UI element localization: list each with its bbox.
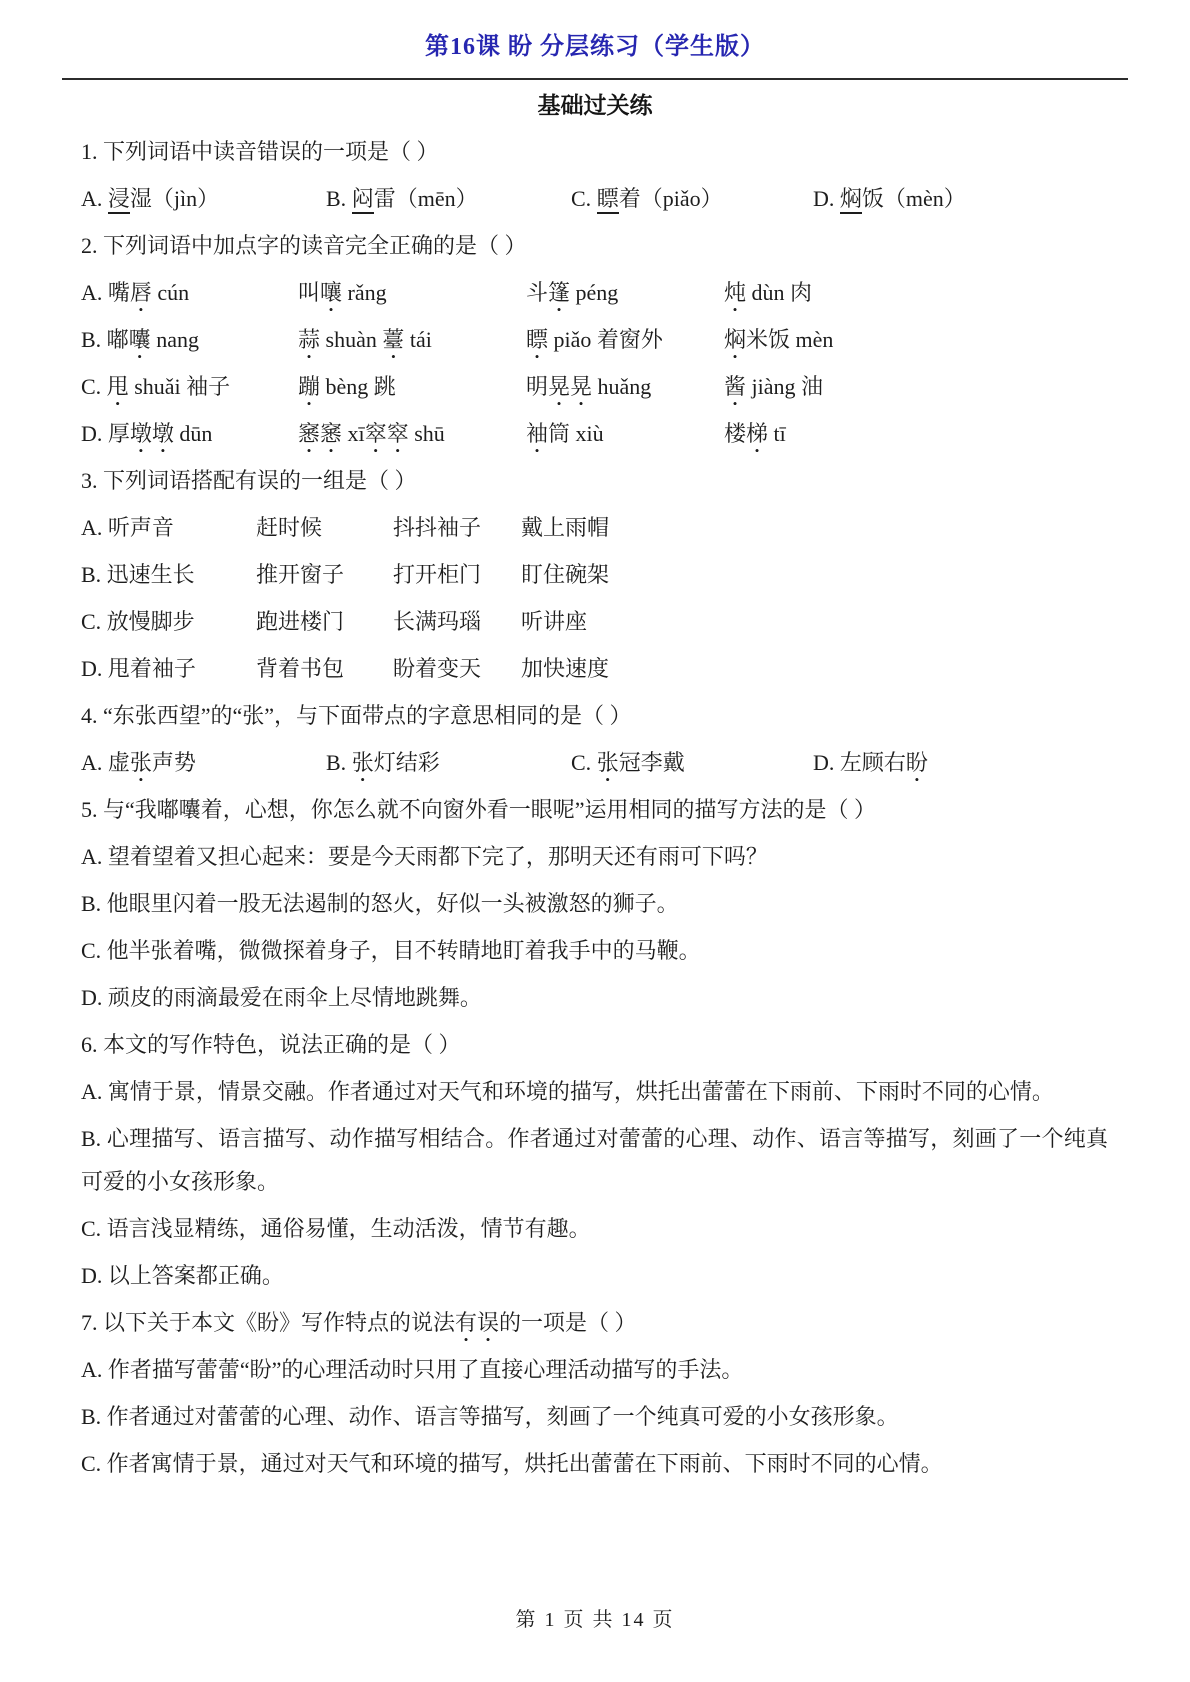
option-cell: C. 放慢脚步: [81, 600, 256, 643]
q1-option-a: A. 浸湿（jìn）: [81, 177, 326, 220]
question-7-stem: 7. 以下关于本文《盼》写作特点的说法有误的一项是（ ）: [81, 1301, 1108, 1344]
option-cell: 加快速度: [521, 647, 1108, 690]
q4-option-a: A. 虚张声势: [81, 741, 326, 784]
option-cell: 赶时候: [256, 506, 393, 549]
option-cell: 长满玛瑙: [393, 600, 521, 643]
option-cell: 袖筒 xiù: [526, 412, 724, 455]
option-cell: 背着书包: [256, 647, 393, 690]
q2-option-a: A. 嘴唇 cún 叫嚷 rǎng 斗篷 péng 炖 dùn 肉: [81, 271, 1108, 314]
q4-option-c: C. 张冠李戴: [571, 741, 813, 784]
question-1-stem: 1. 下列词语中读音错误的一项是（ ）: [81, 130, 1108, 173]
q1-option-c: C. 瞟着（piǎo）: [571, 177, 813, 220]
q7-option-a: A. 作者描写蕾蕾“盼”的心理活动时只用了直接心理活动描写的手法。: [81, 1348, 1108, 1391]
option-cell: D. 厚墩墩 dūn: [81, 412, 298, 455]
option-cell: D. 甩着袖子: [81, 647, 256, 690]
option-cell: 戴上雨帽: [521, 506, 1108, 549]
q6-option-b: B. 心理描写、语言描写、动作描写相结合。作者通过对蕾蕾的心理、动作、语言等描写…: [81, 1117, 1108, 1203]
option-cell: 打开柜门: [393, 553, 521, 596]
q6-option-a: A. 寓情于景，情景交融。作者通过对天气和环境的描写，烘托出蕾蕾在下雨前、下雨时…: [81, 1070, 1108, 1113]
q7-option-c: C. 作者寓情于景，通过对天气和环境的描写，烘托出蕾蕾在下雨前、下雨时不同的心情…: [81, 1442, 1108, 1485]
q1-option-b: B. 闷雷（mēn）: [326, 177, 571, 220]
section-heading: 基础过关练: [0, 84, 1190, 128]
option-cell: 盼着变天: [393, 647, 521, 690]
q6-option-c: C. 语言浅显精练，通俗易懂，生动活泼，情节有趣。: [81, 1207, 1108, 1250]
question-4-options: A. 虚张声势 B. 张灯结彩 C. 张冠李戴 D. 左顾右盼: [81, 741, 1108, 784]
title-divider: [62, 78, 1128, 80]
option-cell: 盯住碗架: [521, 553, 1108, 596]
option-cell: 楼梯 tī: [724, 412, 1108, 455]
question-1-options: A. 浸湿（jìn） B. 闷雷（mēn） C. 瞟着（piǎo） D. 焖饭（…: [81, 177, 1108, 220]
option-cell: 焖米饭 mèn: [724, 318, 1108, 361]
q5-option-b: B. 他眼里闪着一股无法遏制的怒火，好似一头被激怒的狮子。: [81, 882, 1108, 925]
option-cell: 推开窗子: [256, 553, 393, 596]
q3-option-d: D. 甩着袖子 背着书包 盼着变天 加快速度: [81, 647, 1108, 690]
worksheet-page: 第16课 盼 分层练习（学生版） 基础过关练 1. 下列词语中读音错误的一项是（…: [0, 0, 1190, 1682]
option-cell: 跑进楼门: [256, 600, 393, 643]
option-cell: 叫嚷 rǎng: [298, 271, 526, 314]
question-6-stem: 6. 本文的写作特色，说法正确的是（ ）: [81, 1023, 1108, 1066]
option-cell: 听讲座: [521, 600, 1108, 643]
option-cell: 瞟 piǎo 着窗外: [526, 318, 724, 361]
question-2-stem: 2. 下列词语中加点字的读音完全正确的是（ ）: [81, 224, 1108, 267]
question-5-stem: 5. 与“我嘟囔着，心想，你怎么就不向窗外看一眼呢”运用相同的描写方法的是（ ）: [81, 788, 1108, 831]
option-cell: 窸窸 xī窣窣 shū: [298, 412, 526, 455]
option-cell: B. 迅速生长: [81, 553, 256, 596]
option-cell: 酱 jiàng 油: [724, 365, 1108, 408]
q2-option-d: D. 厚墩墩 dūn 窸窸 xī窣窣 shū 袖筒 xiù 楼梯 tī: [81, 412, 1108, 455]
q7-option-b: B. 作者通过对蕾蕾的心理、动作、语言等描写，刻画了一个纯真可爱的小女孩形象。: [81, 1395, 1108, 1438]
q1-option-d: D. 焖饭（mèn）: [813, 177, 1108, 220]
option-cell: B. 嘟囔 nang: [81, 318, 298, 361]
questions-area: 1. 下列词语中读音错误的一项是（ ） A. 浸湿（jìn） B. 闷雷（mēn…: [0, 128, 1190, 1485]
option-cell: A. 听声音: [81, 506, 256, 549]
page-footer: 第 1 页 共 14 页: [0, 1599, 1190, 1642]
option-cell: 炖 dùn 肉: [724, 271, 1108, 314]
q5-option-a: A. 望着望着又担心起来：要是今天雨都下完了，那明天还有雨可下吗？: [81, 835, 1108, 878]
q2-option-b: B. 嘟囔 nang 蒜 shuàn 薹 tái 瞟 piǎo 着窗外 焖米饭 …: [81, 318, 1108, 361]
q5-option-c: C. 他半张着嘴，微微探着身子，目不转睛地盯着我手中的马鞭。: [81, 929, 1108, 972]
q3-option-a: A. 听声音 赶时候 抖抖袖子 戴上雨帽: [81, 506, 1108, 549]
q3-option-b: B. 迅速生长 推开窗子 打开柜门 盯住碗架: [81, 553, 1108, 596]
option-cell: 蒜 shuàn 薹 tái: [298, 318, 526, 361]
option-cell: C. 甩 shuǎi 袖子: [81, 365, 298, 408]
option-cell: 蹦 bèng 跳: [298, 365, 526, 408]
q3-option-c: C. 放慢脚步 跑进楼门 长满玛瑙 听讲座: [81, 600, 1108, 643]
option-cell: A. 嘴唇 cún: [81, 271, 298, 314]
q5-option-d: D. 顽皮的雨滴最爱在雨伞上尽情地跳舞。: [81, 976, 1108, 1019]
option-cell: 斗篷 péng: [526, 271, 724, 314]
question-4-stem: 4. “东张西望”的“张”，与下面带点的字意思相同的是（ ）: [81, 694, 1108, 737]
q2-option-c: C. 甩 shuǎi 袖子 蹦 bèng 跳 明晃晃 huǎng 酱 jiàng…: [81, 365, 1108, 408]
q4-option-b: B. 张灯结彩: [326, 741, 571, 784]
q6-option-d: D. 以上答案都正确。: [81, 1254, 1108, 1297]
question-3-stem: 3. 下列词语搭配有误的一组是（ ）: [81, 459, 1108, 502]
page-title: 第16课 盼 分层练习（学生版）: [0, 0, 1190, 66]
option-cell: 抖抖袖子: [393, 506, 521, 549]
q4-option-d: D. 左顾右盼: [813, 741, 1108, 784]
option-cell: 明晃晃 huǎng: [526, 365, 724, 408]
